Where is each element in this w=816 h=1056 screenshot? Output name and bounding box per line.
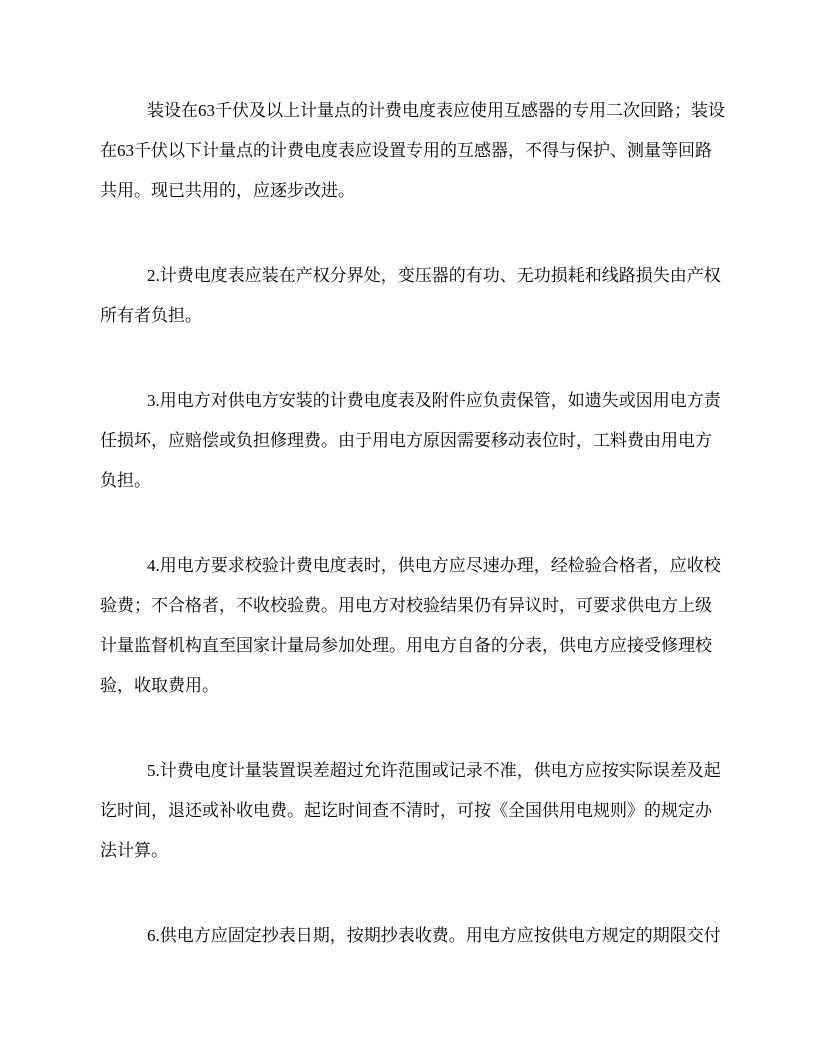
text-line: 验，收取费用。: [100, 666, 740, 706]
paragraph: 3.用电方对供电方安装的计费电度表及附件应负责保管，如遗失或因用电方责任损坏，应…: [100, 381, 740, 501]
text-line: 计量监督机构直至国家计量局参加处理。用电方自备的分表，供电方应接受修理校: [100, 626, 740, 666]
text-line: 4.用电方要求校验计费电度表时，供电方应尽速办理，经检验合格者，应收校: [100, 546, 740, 586]
paragraph: 5.计费电度计量装置误差超过允许范围或记录不准，供电方应按实际误差及起讫时间，退…: [100, 751, 740, 871]
text-line: 装设在63千伏及以上计量点的计费电度表应使用互感器的专用二次回路；装设: [100, 91, 740, 131]
text-line: 在63千伏以下计量点的计费电度表应设置专用的互感器，不得与保护、测量等回路: [100, 131, 740, 171]
text-line: 6.供电方应固定抄表日期，按期抄表收费。用电方应按供电方规定的期限交付: [100, 916, 740, 956]
text-line: 所有者负担。: [100, 296, 740, 336]
text-line: 2.计费电度表应装在产权分界处，变压器的有功、无功损耗和线路损失由产权: [100, 256, 740, 296]
paragraph: 6.供电方应固定抄表日期，按期抄表收费。用电方应按供电方规定的期限交付: [100, 916, 740, 956]
text-line: 验费；不合格者，不收校验费。用电方对校验结果仍有异议时，可要求供电方上级: [100, 586, 740, 626]
paragraph: 装设在63千伏及以上计量点的计费电度表应使用互感器的专用二次回路；装设在63千伏…: [100, 91, 740, 211]
text-line: 共用。现已共用的，应逐步改进。: [100, 171, 740, 211]
text-line: 负担。: [100, 461, 740, 501]
text-line: 任损坏，应赔偿或负担修理费。由于用电方原因需要移动表位时，工料费由用电方: [100, 421, 740, 461]
document-body: 装设在63千伏及以上计量点的计费电度表应使用互感器的专用二次回路；装设在63千伏…: [100, 0, 740, 1001]
text-line: 法计算。: [100, 831, 740, 871]
text-line: 5.计费电度计量装置误差超过允许范围或记录不准，供电方应按实际误差及起: [100, 751, 740, 791]
paragraph: 4.用电方要求校验计费电度表时，供电方应尽速办理，经检验合格者，应收校验费；不合…: [100, 546, 740, 706]
paragraph: 2.计费电度表应装在产权分界处，变压器的有功、无功损耗和线路损失由产权所有者负担…: [100, 256, 740, 336]
document-page: 装设在63千伏及以上计量点的计费电度表应使用互感器的专用二次回路；装设在63千伏…: [0, 0, 816, 1056]
text-line: 讫时间，退还或补收电费。起讫时间查不清时，可按《全国供用电规则》的规定办: [100, 791, 740, 831]
text-line: 3.用电方对供电方安装的计费电度表及附件应负责保管，如遗失或因用电方责: [100, 381, 740, 421]
